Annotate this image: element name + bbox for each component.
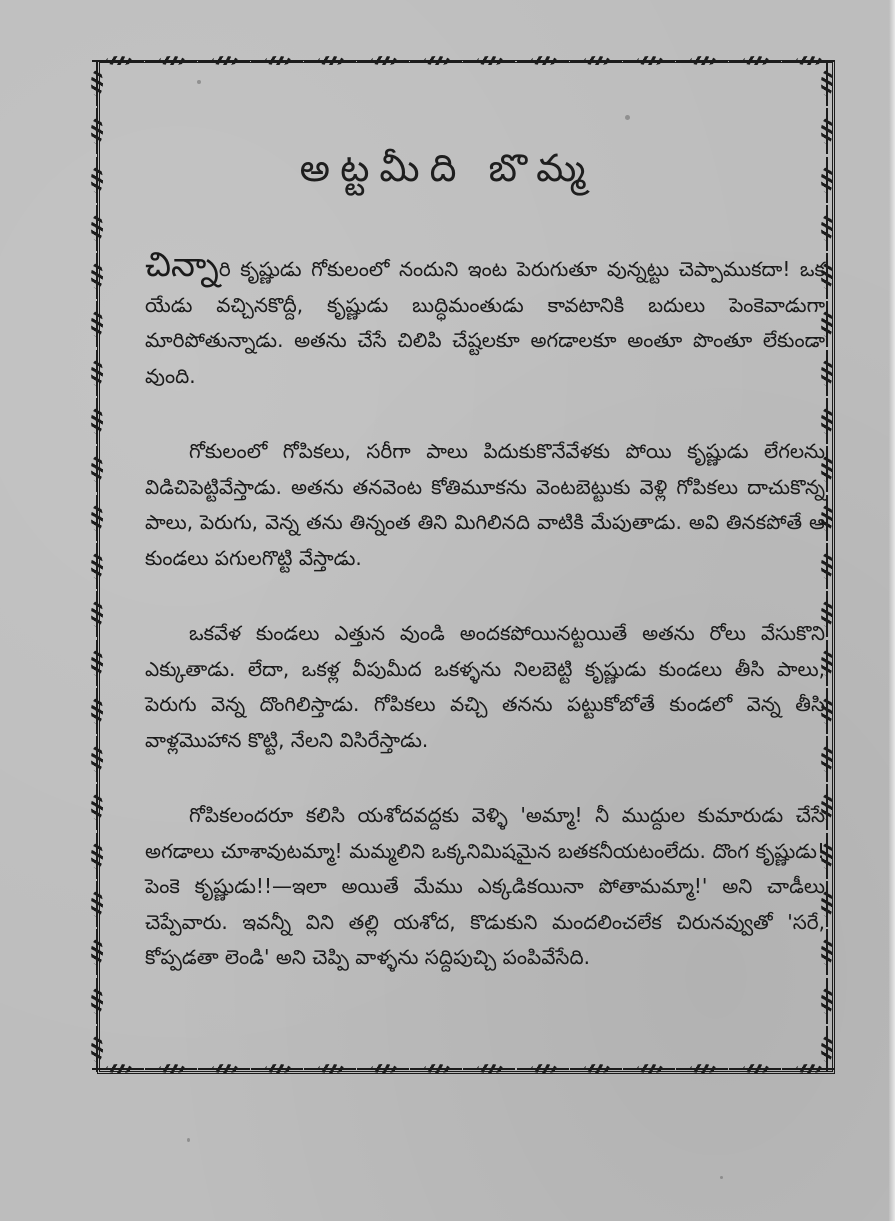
leaf-border-bottom [92, 1062, 834, 1076]
paragraph-4: గోపికలందరూ కలిసి యశోదవద్దకు వెళ్ళి 'అమ్మ… [145, 798, 825, 976]
story-body: చిన్నారి కృష్ణుడు గోకులంలో నందుని ఇంట పె… [145, 250, 825, 1016]
leaf-ornament-icon [357, 55, 409, 67]
leaf-ornament-icon [251, 55, 303, 67]
leaf-ornament-icon [676, 55, 728, 67]
leaf-ornament-icon [90, 688, 104, 734]
print-speck [187, 1138, 190, 1142]
leaf-ornament-icon [820, 60, 834, 106]
leaf-ornament-icon [90, 1026, 104, 1072]
leaf-ornament-icon [410, 55, 462, 67]
leaf-ornament-icon [90, 446, 104, 492]
leaf-ornament-icon [198, 1063, 250, 1075]
leaf-ornament-icon [90, 60, 104, 106]
leaf-ornament-icon [90, 736, 104, 782]
leaf-ornament-icon [90, 591, 104, 637]
leaf-ornament-icon [729, 55, 781, 67]
leaf-ornament-icon [729, 1063, 781, 1075]
leaf-ornament-icon [90, 301, 104, 347]
leaf-ornament-icon [463, 1063, 515, 1075]
leaf-ornament-icon [820, 1026, 834, 1072]
leaf-ornament-icon [676, 1063, 728, 1075]
leaf-ornament-icon [304, 1063, 356, 1075]
leaf-ornament-icon [90, 978, 104, 1024]
paragraph-text: రి కృష్ణుడు గోకులంలో నందుని ఇంట పెరుగుతూ… [145, 257, 825, 388]
leaf-ornament-icon [570, 1063, 622, 1075]
leaf-ornament-icon [517, 55, 569, 67]
drop-cap: చిన్నా [145, 245, 219, 285]
leaf-ornament-icon [90, 495, 104, 541]
leaf-ornament-icon [90, 833, 104, 879]
leaf-ornament-icon [463, 55, 515, 67]
leaf-ornament-icon [90, 205, 104, 251]
leaf-ornament-icon [90, 398, 104, 444]
leaf-ornament-icon [623, 1063, 675, 1075]
leaf-ornament-icon [251, 1063, 303, 1075]
story-title: అట్టమీది బొమ్మ [0, 146, 895, 200]
leaf-ornament-icon [198, 55, 250, 67]
paragraph-3: ఒకవేళ కుండలు ఎత్తున వుండి అందకపోయినట్టయి… [145, 616, 825, 758]
paragraph-2: గోకులంలో గోపికలు, సరీగా పాలు పిదుకుకొనేవ… [145, 434, 825, 576]
leaf-ornament-icon [410, 1063, 462, 1075]
leaf-ornament-icon [90, 253, 104, 299]
leaf-ornament-icon [517, 1063, 569, 1075]
leaf-ornament-icon [304, 55, 356, 67]
print-speck [720, 1176, 723, 1179]
leaf-border-top [92, 54, 834, 68]
leaf-ornament-icon [90, 640, 104, 686]
leaf-ornament-icon [90, 543, 104, 589]
leaf-ornament-icon [145, 1063, 197, 1075]
paragraph-1: చిన్నారి కృష్ణుడు గోకులంలో నందుని ఇంట పె… [145, 250, 825, 394]
leaf-ornament-icon [357, 1063, 409, 1075]
leaf-ornament-icon [570, 55, 622, 67]
leaf-ornament-icon [90, 881, 104, 927]
scanned-page: అట్టమీది బొమ్మ చిన్నారి కృష్ణుడు గోకులంల… [0, 0, 895, 1221]
leaf-ornament-icon [820, 205, 834, 251]
leaf-ornament-icon [623, 55, 675, 67]
leaf-ornament-icon [90, 784, 104, 830]
leaf-ornament-icon [90, 350, 104, 396]
leaf-border-left [88, 60, 106, 1072]
leaf-ornament-icon [145, 55, 197, 67]
leaf-ornament-icon [90, 929, 104, 975]
